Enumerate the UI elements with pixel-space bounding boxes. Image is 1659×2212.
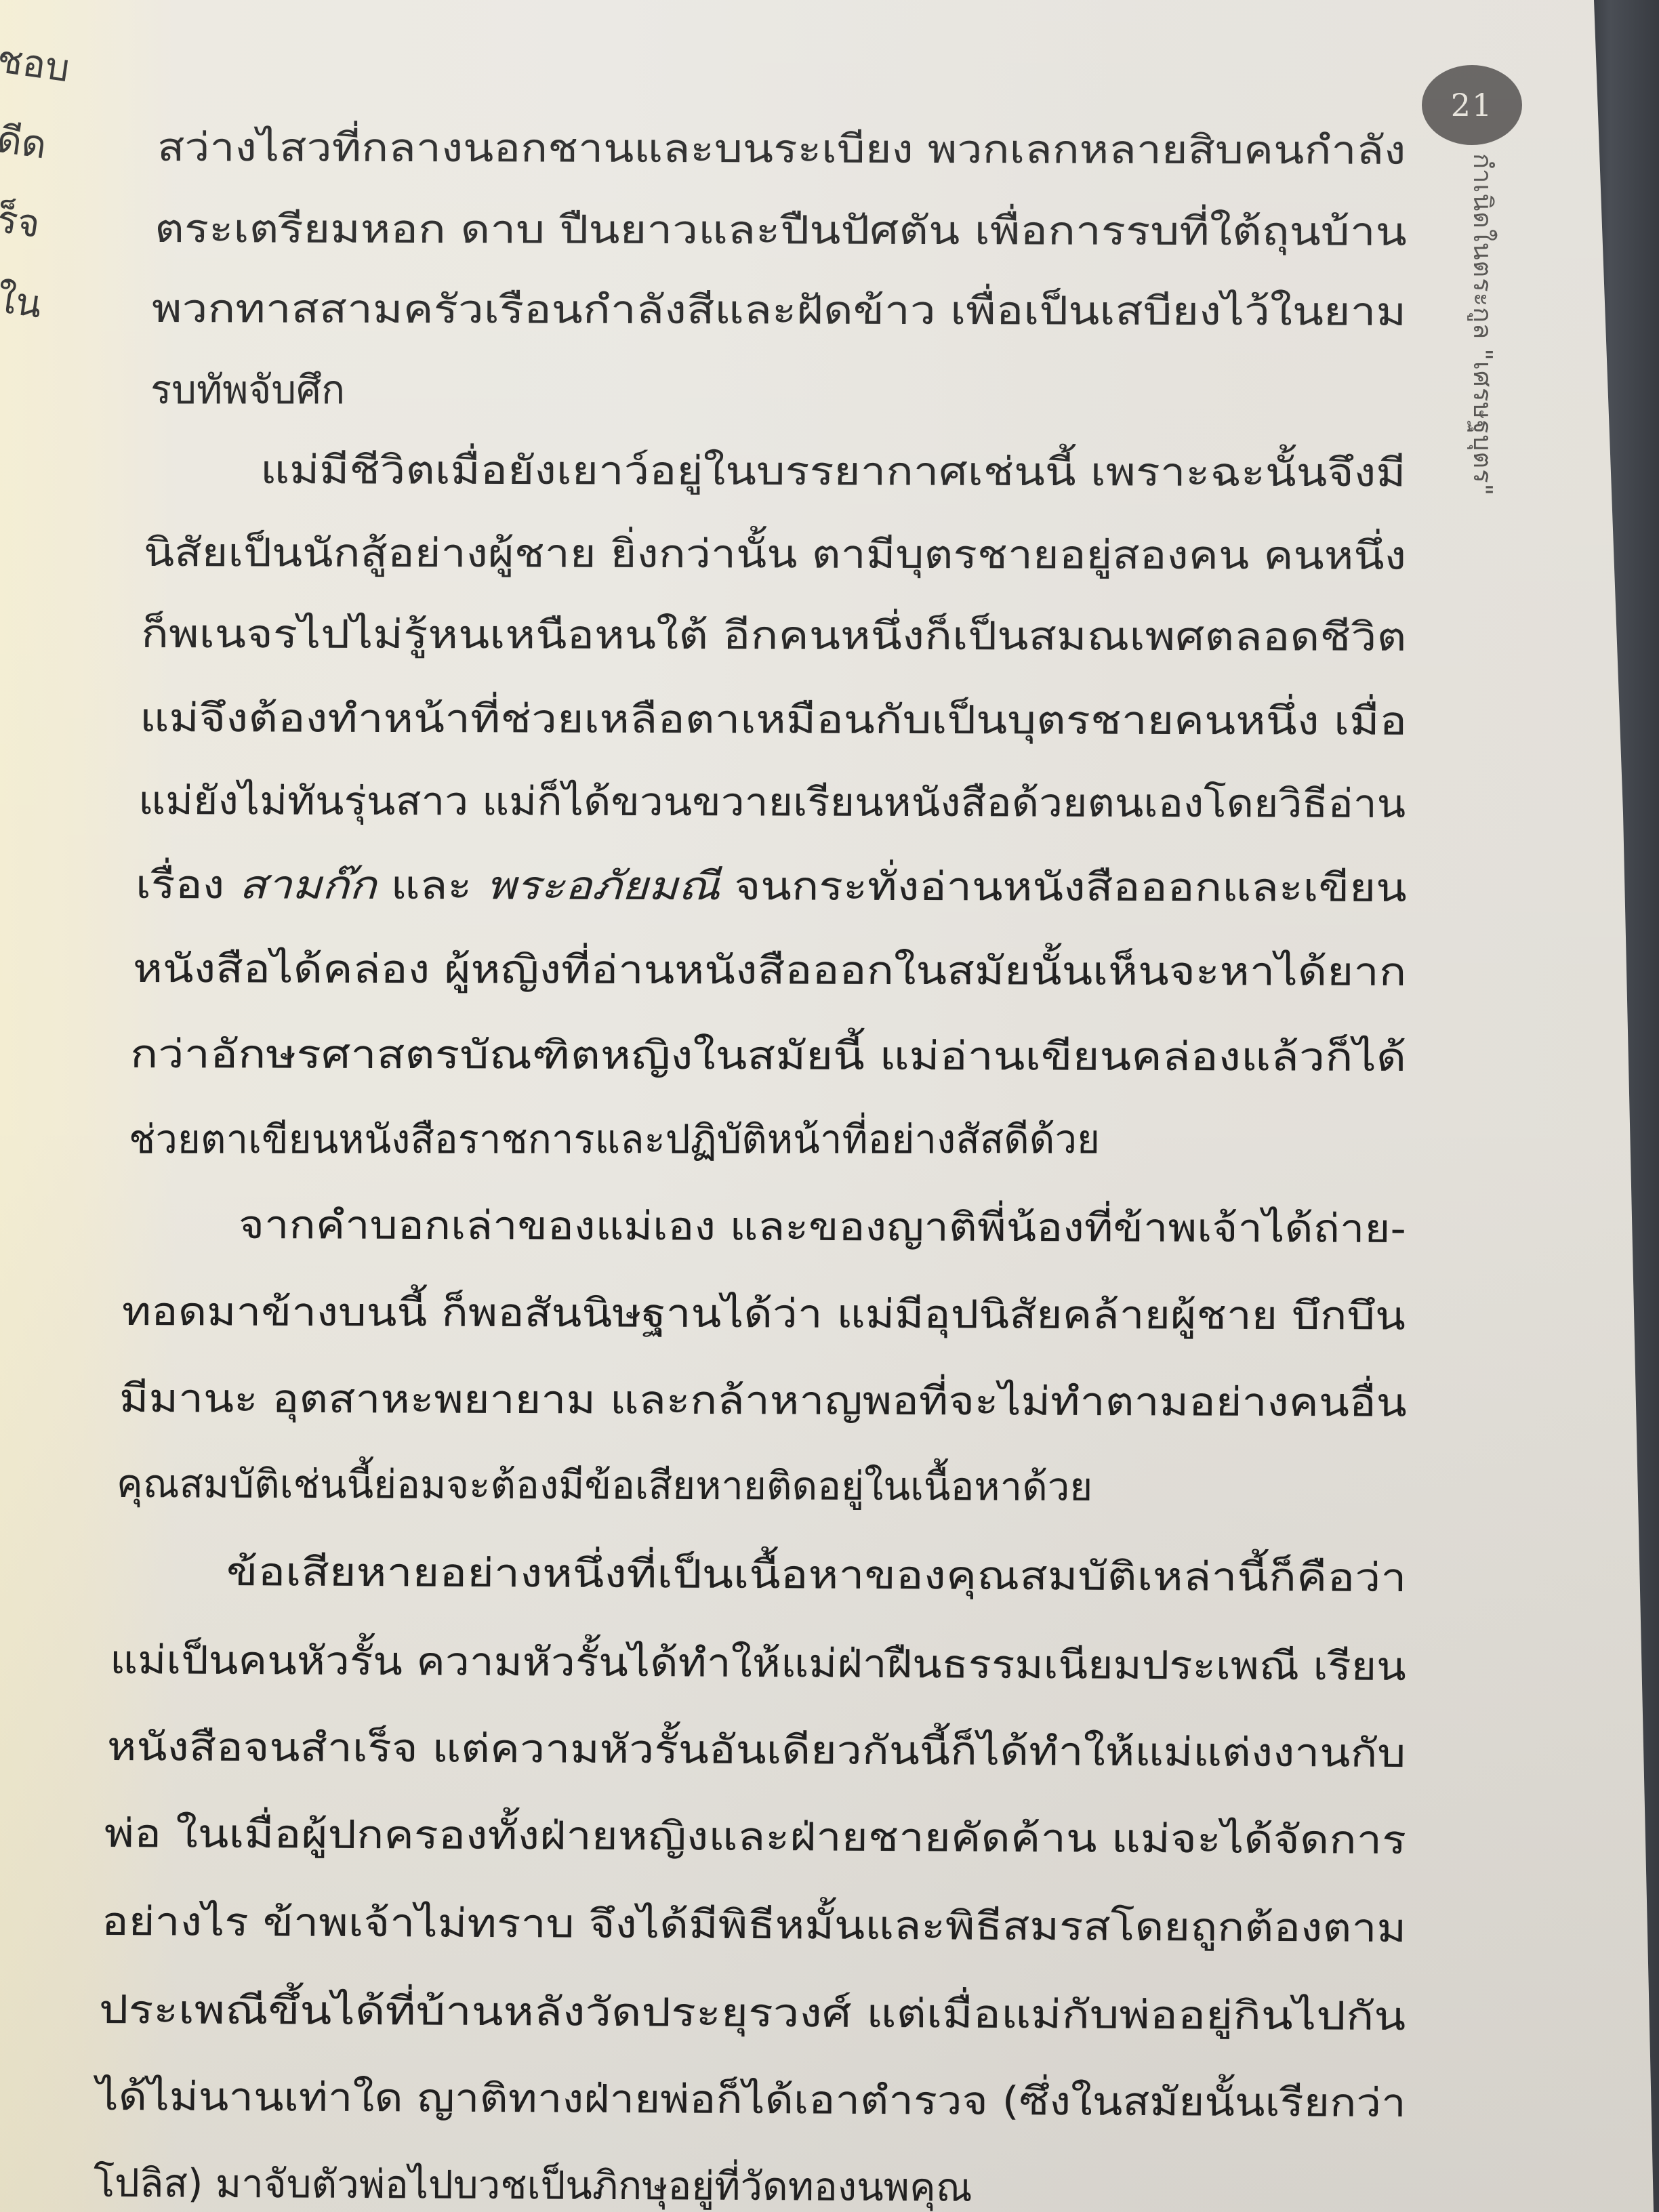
text-line: สว่างไสวที่กลางนอกชานและบนระเบียง พวกเลก… (157, 127, 1406, 170)
text-line: หนังสือจนสำเร็จ แต่ความหัวรั้นอันเดียวกั… (107, 1727, 1406, 1773)
text-line: แม่เป็นคนหัวรั้น ความหัวรั้นได้ทำให้แม่ฝ… (110, 1640, 1406, 1686)
text-line: คุณสมบัติเช่นนี้ย่อมจะต้องมีข้อเสียหายติ… (117, 1464, 1093, 1507)
text-line: เรื่อง สามก๊ก และ พระอภัยมณี จนกระทั่งอ่… (136, 865, 1407, 907)
paragraph-first-line: จากคำบอกเล่าของแม่เอง และของญาติพี่น้องท… (239, 1205, 1406, 1248)
text-run: เรื่อง (136, 861, 239, 907)
text-line: กว่าอักษรศาสตรบัณฑิตหญิงในสมัยนี้ แม่อ่า… (130, 1034, 1406, 1077)
facing-fragment: ชอบ (0, 41, 54, 127)
text-line: หนังสือได้คล่อง ผู้หญิงที่อ่านหนังสือออก… (133, 949, 1406, 991)
paragraph-first-line: แม่มีชีวิตเมื่อยังเยาว์อยู่ในบรรยากาศเช่… (260, 450, 1406, 492)
text-line-cut-off: โปลิส) มาจับตัวพ่อไปบวชเป็นภิกษุอยู่ที่ว… (94, 2163, 972, 2207)
text-line: อย่างไร ข้าพเจ้าไม่ทราบ จึงได้มีพิธีหมั้… (102, 1902, 1406, 1948)
text-line: ช่วยตาเขียนหนังสือราชการและปฏิบัติหน้าที… (129, 1120, 1100, 1159)
book-title-samkok: สามก๊ก (239, 861, 376, 908)
book-title-phra-aphai-mani: พระอภัยมณี (486, 862, 720, 909)
facing-fragment: ร็จ (0, 201, 54, 287)
book-page: ชอบ ดีด ร็จ ใน 21 กำเนิดในตระกูล "เศรษฐบ… (0, 0, 1659, 2212)
page-number: 21 (1451, 87, 1494, 123)
text-line: นิสัยเป็นนักสู้อย่างผู้ชาย ยิ่งกว่านั้น … (144, 533, 1406, 575)
text-line: พ่อ ในเมื่อผู้ปกครองทั้งฝ่ายหญิงและฝ่ายช… (104, 1814, 1406, 1860)
text-line: แม่ยังไม่ทันรุ่นสาว แม่ก็ได้ขวนขวายเรียน… (138, 781, 1406, 823)
text-line: แม่จึงต้องทำหน้าที่ช่วยเหลือตาเหมือนกับเ… (140, 698, 1407, 741)
page-number-badge: 21 (1422, 65, 1522, 145)
text-run: จนกระทั่งอ่านหนังสือออกและเขียน (720, 863, 1407, 911)
text-line: รบทัพจับศึก (150, 370, 345, 409)
text-line: ได้ไม่นานเท่าใด ญาติทางฝ่ายพ่อก็ได้เอาตำ… (96, 2076, 1406, 2123)
facing-fragment: ดีด (0, 121, 54, 207)
text-line: ก็พเนจรไปไม่รู้หนเหนือหนใต้ อีกคนหนึ่งก็… (141, 614, 1407, 657)
running-head: กำเนิดในตระกูล "เศรษฐบุตร" (1462, 153, 1504, 496)
text-run: และ (376, 862, 486, 908)
text-line: ทอดมาข้างบนนี้ ก็พอสันนิษฐานได้ว่า แม่มี… (122, 1292, 1406, 1336)
text-line: ตระเตรียมหอก ดาบ ปืนยาวและปืนปัศตัน เพื่… (155, 209, 1407, 251)
text-line: ประเพณีขึ้นได้ที่บ้านหลังวัดประยุรวงศ์ แ… (99, 1990, 1406, 2036)
facing-page-edge: ชอบ ดีด ร็จ ใน (0, 41, 54, 361)
facing-fragment: ใน (0, 281, 54, 367)
text-line: มีมานะ อุตสาหะพยายาม และกล้าหาญพอที่จะไม… (119, 1378, 1407, 1422)
text-line: พวกทาสสามครัวเรือนกำลังสีและฝัดข้าว เพื่… (152, 289, 1406, 331)
paragraph-first-line: ข้อเสียหายอย่างหนึ่งที่เป็นเนื้อหาของคุณ… (226, 1552, 1407, 1597)
